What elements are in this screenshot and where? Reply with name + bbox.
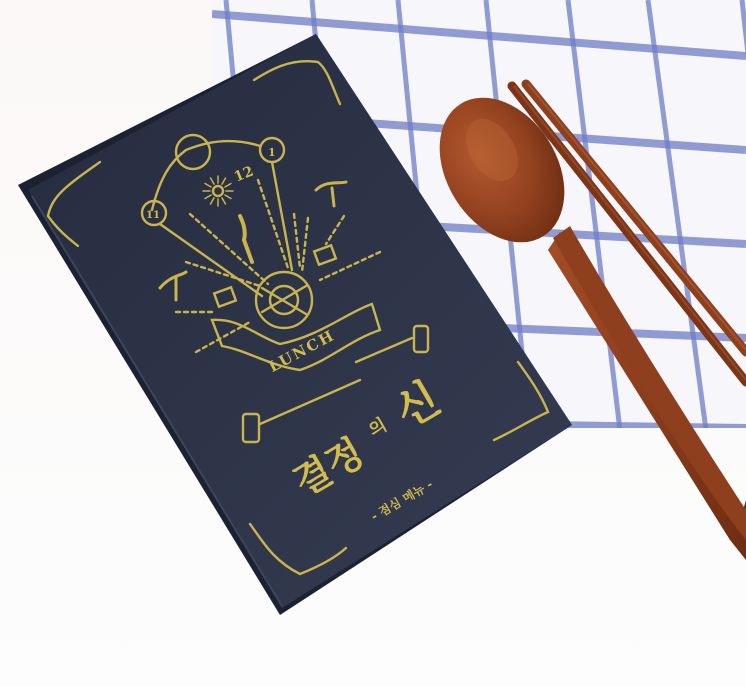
clock-number-11: 11 bbox=[146, 210, 160, 221]
clock-number-1: 1 bbox=[268, 146, 276, 159]
photo-canvas: 12 1 11 LUNCH 결정 의 신 - 점심 메뉴 - bbox=[0, 0, 746, 687]
photo-scene: 12 1 11 LUNCH 결정 의 신 - 점심 메뉴 - bbox=[0, 0, 746, 687]
